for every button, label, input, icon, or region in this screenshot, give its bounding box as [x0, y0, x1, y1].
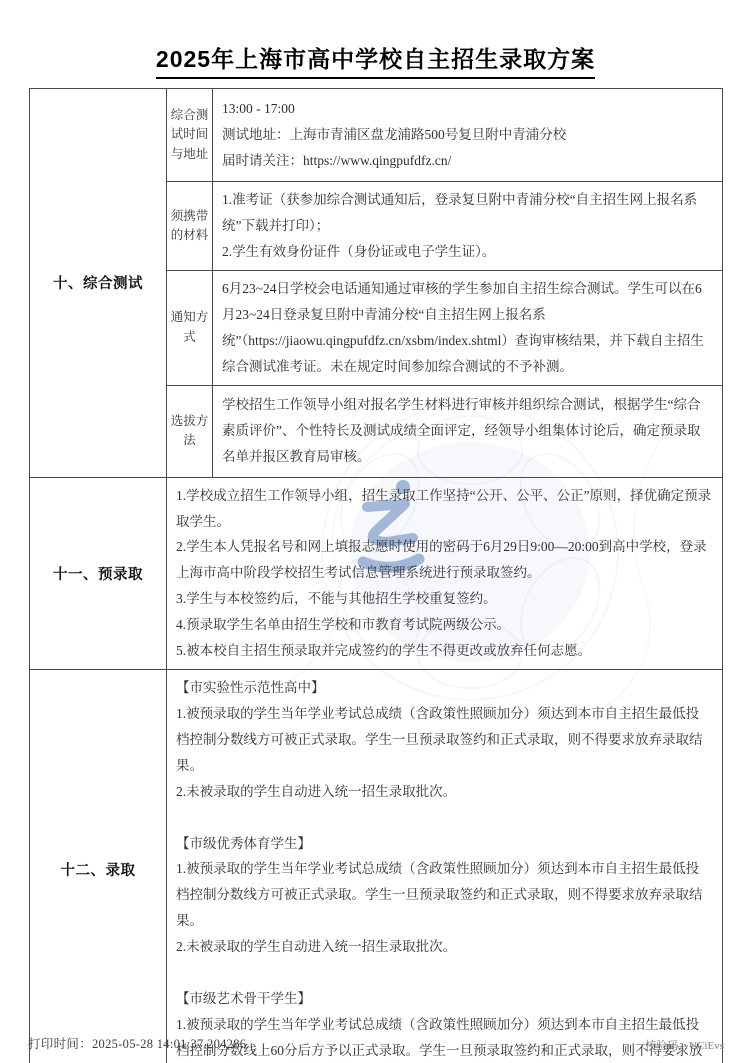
- paragraph: 1.准考证（获参加综合测试通知后，登录复旦附中青浦分校“自主招生网上报名系统”下…: [222, 187, 712, 239]
- print-time-label: 打印时间：2025-05-28 14:01:37.204286: [28, 1034, 246, 1052]
- group-title: 【市级艺术骨干学生】: [176, 986, 712, 1012]
- paragraph: 2.未被录取的学生自动进入统一招生录取批次。: [176, 779, 712, 805]
- cell-pre-admission: 1.学校成立招生工作领导小组，招生录取工作坚持“公开、公平、公正”原则，择优确定…: [167, 477, 723, 669]
- table-row: 十二、录取 【市实验性示范性高中】 1.被预录取的学生当年学业考试总成绩（含政策…: [30, 669, 723, 1063]
- paragraph: 13:00 - 17:00: [222, 96, 712, 122]
- paragraph: 届时请关注：https://www.qingpufdfz.cn/: [222, 148, 712, 174]
- group-title: 【市实验性示范性高中】: [176, 675, 712, 701]
- paragraph: 2.学生有效身份证件（身份证或电子学生证）。: [222, 239, 712, 265]
- admission-plan-table: 十、综合测试 综合测试时间与地址 13:00 - 17:00 测试地址：上海市青…: [29, 88, 723, 1063]
- paragraph: 5.被本校自主招生预录取并完成签约的学生不得更改或放弃任何志愿。: [176, 638, 712, 664]
- paragraph: 1.被预录取的学生当年学业考试总成绩（含政策性照顾加分）须达到本市自主招生最低投…: [176, 856, 712, 934]
- row-label-test-time-address: 综合测试时间与地址: [167, 89, 213, 182]
- paragraph: 6月23~24日学校会电话通知通过审核的学生参加自主招生综合测试。学生可以在6月…: [222, 276, 712, 380]
- paragraph: 测试地址：上海市青浦区盘龙浦路500号复旦附中青浦分校: [222, 122, 712, 148]
- paragraph: 2.学生本人凭报名号和网上填报志愿时使用的密码于6月29日9:00—20:00到…: [176, 534, 712, 586]
- page-title-text: 2025年上海市高中学校自主招生录取方案: [156, 41, 595, 79]
- table-row: 十一、预录取 1.学校成立招生工作领导小组，招生录取工作坚持“公开、公平、公正”…: [30, 477, 723, 669]
- section-header-admission: 十二、录取: [30, 669, 167, 1063]
- cell-notification-method: 6月23~24日学校会电话通知通过审核的学生参加自主招生综合测试。学生可以在6月…: [213, 271, 723, 386]
- section-header-pre-admission: 十一、预录取: [30, 477, 167, 669]
- cell-admission: 【市实验性示范性高中】 1.被预录取的学生当年学业考试总成绩（含政策性照顾加分）…: [167, 669, 723, 1063]
- paragraph: 3.学生与本校签约后，不能与其他招生学校重复签约。: [176, 586, 712, 612]
- verify-code-label: 校验码：UCiEvs: [645, 1037, 724, 1053]
- paragraph: 1.学校成立招生工作领导小组，招生录取工作坚持“公开、公平、公正”原则，择优确定…: [176, 483, 712, 535]
- paragraph: 1.被预录取的学生当年学业考试总成绩（含政策性照顾加分）须达到本市自主招生最低投…: [176, 701, 712, 779]
- paragraph: 4.预录取学生名单由招生学校和市教育考试院两级公示。: [176, 612, 712, 638]
- page-footer: 打印时间：2025-05-28 14:01:37.204286 校验码：UCiE…: [0, 1032, 751, 1056]
- row-label-selection-method: 选拔方法: [167, 385, 213, 477]
- row-label-notification-method: 通知方式: [167, 271, 213, 386]
- paragraph: 学校招生工作领导小组对报名学生材料进行审核并组织综合测试，根据学生“综合素质评价…: [222, 392, 712, 470]
- cell-selection-method: 学校招生工作领导小组对报名学生材料进行审核并组织综合测试，根据学生“综合素质评价…: [213, 385, 723, 477]
- paragraph: 2.未被录取的学生自动进入统一招生录取批次。: [176, 934, 712, 960]
- section-header-comprehensive-test: 十、综合测试: [30, 89, 167, 478]
- cell-test-time-address: 13:00 - 17:00 测试地址：上海市青浦区盘龙浦路500号复旦附中青浦分…: [213, 89, 723, 182]
- cell-required-materials: 1.准考证（获参加综合测试通知后，登录复旦附中青浦分校“自主招生网上报名系统”下…: [213, 182, 723, 271]
- group-title: 【市级优秀体育学生】: [176, 831, 712, 857]
- admission-group-sports-students: 【市级优秀体育学生】 1.被预录取的学生当年学业考试总成绩（含政策性照顾加分）须…: [176, 831, 712, 961]
- admission-group-model-high-school: 【市实验性示范性高中】 1.被预录取的学生当年学业考试总成绩（含政策性照顾加分）…: [176, 675, 712, 805]
- table-row: 十、综合测试 综合测试时间与地址 13:00 - 17:00 测试地址：上海市青…: [30, 89, 723, 182]
- row-label-required-materials: 须携带的材料: [167, 182, 213, 271]
- page-title: 2025年上海市高中学校自主招生录取方案: [0, 38, 751, 79]
